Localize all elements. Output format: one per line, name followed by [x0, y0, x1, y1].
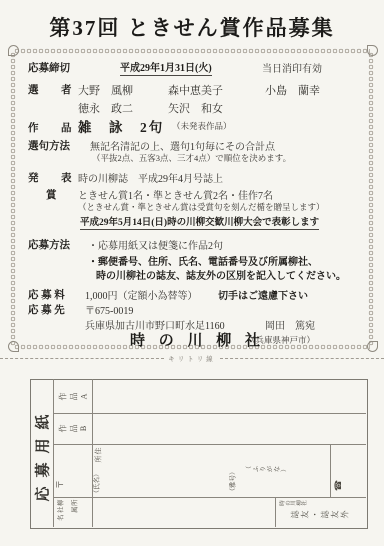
judge-name: 小島 蘭幸	[265, 82, 320, 98]
fee-value: 1,000円（定額小為替等）	[85, 287, 198, 302]
fee-note: 切手はご遠慮下さい	[218, 287, 308, 302]
fee-label: 応 募 料	[28, 287, 65, 302]
frame-border-top	[14, 48, 370, 54]
cut-line: キリトリ線	[0, 354, 384, 363]
form-member-org: 時の川柳社	[279, 499, 307, 507]
judge-name: 大野 風柳	[78, 82, 133, 98]
frame-border-left	[10, 52, 16, 346]
prize-label: 賞	[46, 187, 57, 202]
works-value: 雑 詠 2句	[78, 116, 164, 136]
judges-label: 選 者	[28, 82, 78, 97]
form-society-label-col2: 柳社名	[58, 499, 65, 521]
cut-line-label: キリトリ線	[164, 354, 220, 363]
announce-label: 発 表	[28, 170, 78, 185]
deadline-date: 平成29年1月31日(火)	[120, 59, 212, 76]
flyer-page: 第37回 ときせん賞作品募集 応募締切 平成29年1月31日(火) 当日消印有効…	[0, 0, 384, 546]
form-name-label-cell: （氏名）	[86, 470, 106, 496]
form-society-label: 柳社名 所属	[56, 499, 90, 526]
how-bullet2: ・郵便番号、住所、氏名、電話番号及び所属柳社、	[88, 253, 318, 268]
table-rule	[275, 497, 276, 527]
dest-addressee: 岡田 篤宛	[265, 317, 315, 332]
frame-corner-flourish	[367, 45, 378, 56]
form-society-label-col1: 所属	[72, 499, 79, 514]
publisher-name: 時 の 川 柳 社	[130, 329, 265, 350]
frame-corner-flourish	[367, 341, 378, 352]
how-bullet1: ・応募用紙又は便箋に作品2句	[88, 237, 223, 252]
phone-icon: ☎	[334, 479, 345, 490]
form-sheet-title-cell: 応募用紙	[30, 379, 53, 527]
form-work-a-field	[93, 380, 365, 413]
frame-border-right	[368, 52, 374, 346]
form-work-b-field	[93, 414, 365, 444]
form-furigana-label: （ふりがな）	[245, 464, 287, 473]
prize-ceremony-line: 平成29年5月14日(日)時の川柳交歓川柳大会で表彰します	[80, 214, 319, 230]
judge-name: 森中恵美子	[168, 82, 223, 98]
announce-value: 時の川柳誌 平成29年4月号誌上	[78, 170, 223, 185]
form-address-label: 住所	[95, 447, 102, 463]
works-note: （未発表作品）	[172, 120, 232, 132]
judge-name: 矢沢 和女	[168, 100, 223, 116]
form-sheet-title: 応募用紙	[31, 405, 52, 501]
selection-line1: 無記名清記の上、選句1句毎にその合計点	[90, 138, 275, 153]
publisher-place: （兵庫県神戸市）	[247, 334, 315, 346]
deadline-label: 応募締切	[28, 60, 70, 75]
prize-line1: ときせん賞1名・準ときせん賞2名・佳作7名	[78, 187, 273, 202]
form-penname-label-cell: （雅号）	[222, 467, 242, 495]
form-society-field	[93, 498, 274, 526]
form-phone-cell: ☎	[331, 477, 347, 493]
works-label: 作 品	[28, 120, 78, 135]
cut-line-dashes	[220, 358, 384, 359]
page-title: 第37回 ときせん賞作品募集	[0, 12, 384, 42]
frame-corner-flourish	[8, 341, 19, 352]
form-member-choice: 誌友・誌友外	[290, 508, 350, 519]
form-work-a-label: 作品A	[53, 379, 92, 413]
selection-line2: （平抜2点、五客3点、三才4点）で順位を決めます。	[92, 152, 291, 164]
dest-label: 応 募 先	[28, 302, 65, 317]
form-postal-mark: 〒	[52, 474, 68, 494]
deadline-note: 当日消印有効	[262, 60, 322, 75]
postal-mark-icon: 〒	[53, 479, 66, 488]
selection-label: 選句方法	[28, 138, 70, 153]
cut-line-dashes	[0, 358, 164, 359]
judge-name: 徳永 政二	[78, 100, 133, 116]
how-label: 応募方法	[28, 237, 70, 252]
prize-line2: （ときせん賞・準ときせん賞は受賞句を刻んだ楯を贈呈します）	[78, 201, 325, 213]
table-rule	[53, 444, 366, 445]
how-bullet3: 時の川柳社の誌友、誌友外の区別を記入してください。	[96, 267, 346, 282]
dest-postal: 〒675-0019	[85, 302, 133, 317]
form-name-label: （氏名）	[92, 470, 101, 496]
frame-corner-flourish	[8, 45, 19, 56]
form-work-b-label: 作品B	[53, 413, 92, 444]
form-penname-label: （雅号）	[228, 468, 237, 494]
